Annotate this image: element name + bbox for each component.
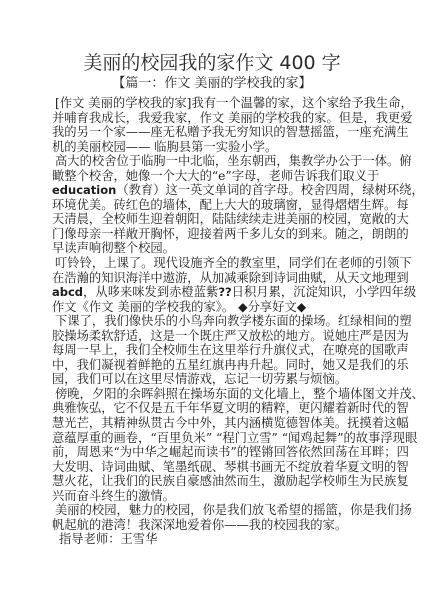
document-page: 美丽的校园我的家作文 400 字 【篇一：作文 美丽的学校我的家】 [作文 美丽… [0, 0, 424, 600]
body-line: 我的另一个家——座无私赠予我无穷知识的智慧摇篮，一座充满生 [52, 125, 377, 140]
body-line: abcd，从哆来咪发到赤橙蓝紫??日积月累，沉淀知识，小学四年级 [52, 285, 377, 300]
body-line: 大发明、诗词曲赋、笔墨纸砚、琴棋书画无不绽放着华夏文明的智 [52, 460, 377, 475]
body-line: 前，周恩来“为中华之崛起而读书”的铿锵回答依然回荡在耳畔；四 [52, 445, 377, 460]
title-text-suffix: 字 [316, 52, 341, 74]
document-body: [作文 美丽的学校我的家]我有一个温馨的家，这个家给予我生命， 并哺育我成长，我… [52, 96, 377, 547]
body-line-text: ，从哆来咪发到赤橙蓝紫 [83, 285, 218, 299]
body-line: 美丽的校园，魅力的校园，你是我们放飞希望的摇篮，你是我们扬 [52, 503, 377, 518]
body-line: 园，我们可以在这里尽情游戏，忘记一切劳累与烦恼。 [52, 372, 377, 387]
body-line: 帆起航的港湾！我深深地爱着你——我的校园我的家。 [52, 518, 377, 533]
body-line: 慧火花，让我们的民族自豪感油然而生，激励起学校师生为民族复 [52, 474, 377, 489]
body-line: 中，我们凝视着鲜艳的五星红旗冉冉升起。同时，她又是我们的乐 [52, 358, 377, 373]
body-line: 门像母亲一样敞开胸怀，迎接着两千多儿女的到来。随之，朗朗的 [52, 227, 377, 242]
body-line: 天清晨，全校师生迎着朝阳，陆陆续续走进美丽的校园，宽敞的大 [52, 212, 377, 227]
title-number: 400 [279, 52, 315, 74]
document-subtitle: 【篇一：作文 美丽的学校我的家】 [0, 76, 424, 92]
latin-word-education: education [52, 183, 116, 197]
body-line: 并哺育我成长，我爱我家，作文 美丽的学校我的家。但是，我更爱 [52, 111, 377, 126]
body-line: education（教育）这一英文单词的首字母。校舍四周，绿树环绕， [52, 183, 377, 198]
latin-marks: ?? [218, 285, 231, 299]
body-line: 每周一早上，我们全校师生在这里举行升旗仪式，在嘹亮的国歌声 [52, 343, 377, 358]
body-line: 机的美丽校园—— 临朐县第一实验小学。 [52, 140, 377, 155]
body-line: 环境优美。砖红色的墙体，配上大大的玻璃窗，显得熠熠生辉。每 [52, 198, 377, 213]
body-line: 下课了，我们像快乐的小鸟奔向教学楼东面的操场。红绿相间的塑 [52, 314, 377, 329]
body-line-text: （教育）这一英文单词的首字母。校舍四周，绿树环绕， [116, 183, 423, 197]
body-line: 瞰整个校舍，她像一个大大的“e”字母，老师告诉我们取义于 [52, 169, 377, 184]
teacher-signature: 指导老师：王雪华 [52, 532, 377, 547]
body-line: 意蕴厚重的画卷，“百里负米” “程门立雪” “闻鸡起舞”的故事浮现眼 [52, 431, 377, 446]
body-line: [作文 美丽的学校我的家]我有一个温馨的家，这个家给予我生命， [52, 96, 377, 111]
body-line: 高大的校舍位于临朐一中北临，坐东朝西，集教学办公于一体。俯 [52, 154, 377, 169]
document-title: 美丽的校园我的家作文 400 字 [0, 52, 424, 74]
body-line: 慧光芒，其精神纵贯古今中外，其内涵横览德智体美。抚摸着这幅 [52, 416, 377, 431]
title-text-prefix: 美丽的校园我的家作文 [83, 52, 279, 74]
body-line: 傍晚，夕阳的余晖斜照在操场东面的文化墙上，整个墙体图文并茂、 [52, 387, 377, 402]
body-line: 作文《作文 美丽的学校我的家》。 ◆分享好文◆ [52, 300, 377, 315]
body-line: 叮铃铃，上课了。现代设施齐全的教室里，同学们在老师的引领下 [52, 256, 377, 271]
body-line-text: 日积月累，沉淀知识，小学四年级 [232, 285, 416, 299]
body-line: 胶操场柔软舒适，这是一个既庄严又放松的地方。说她庄严是因为 [52, 329, 377, 344]
latin-word-abcd: abcd [52, 285, 83, 299]
body-line: 典雅恢弘，它不仅是五千年华夏文明的精粹，更闪耀着新时代的智 [52, 401, 377, 416]
body-line: 在浩瀚的知识海洋中遨游，从加减乘除到诗词曲赋，从天文地理到 [52, 271, 377, 286]
body-line: 早读声响彻整个校园。 [52, 241, 377, 256]
body-line: 兴而奋斗终生的激情。 [52, 489, 377, 504]
